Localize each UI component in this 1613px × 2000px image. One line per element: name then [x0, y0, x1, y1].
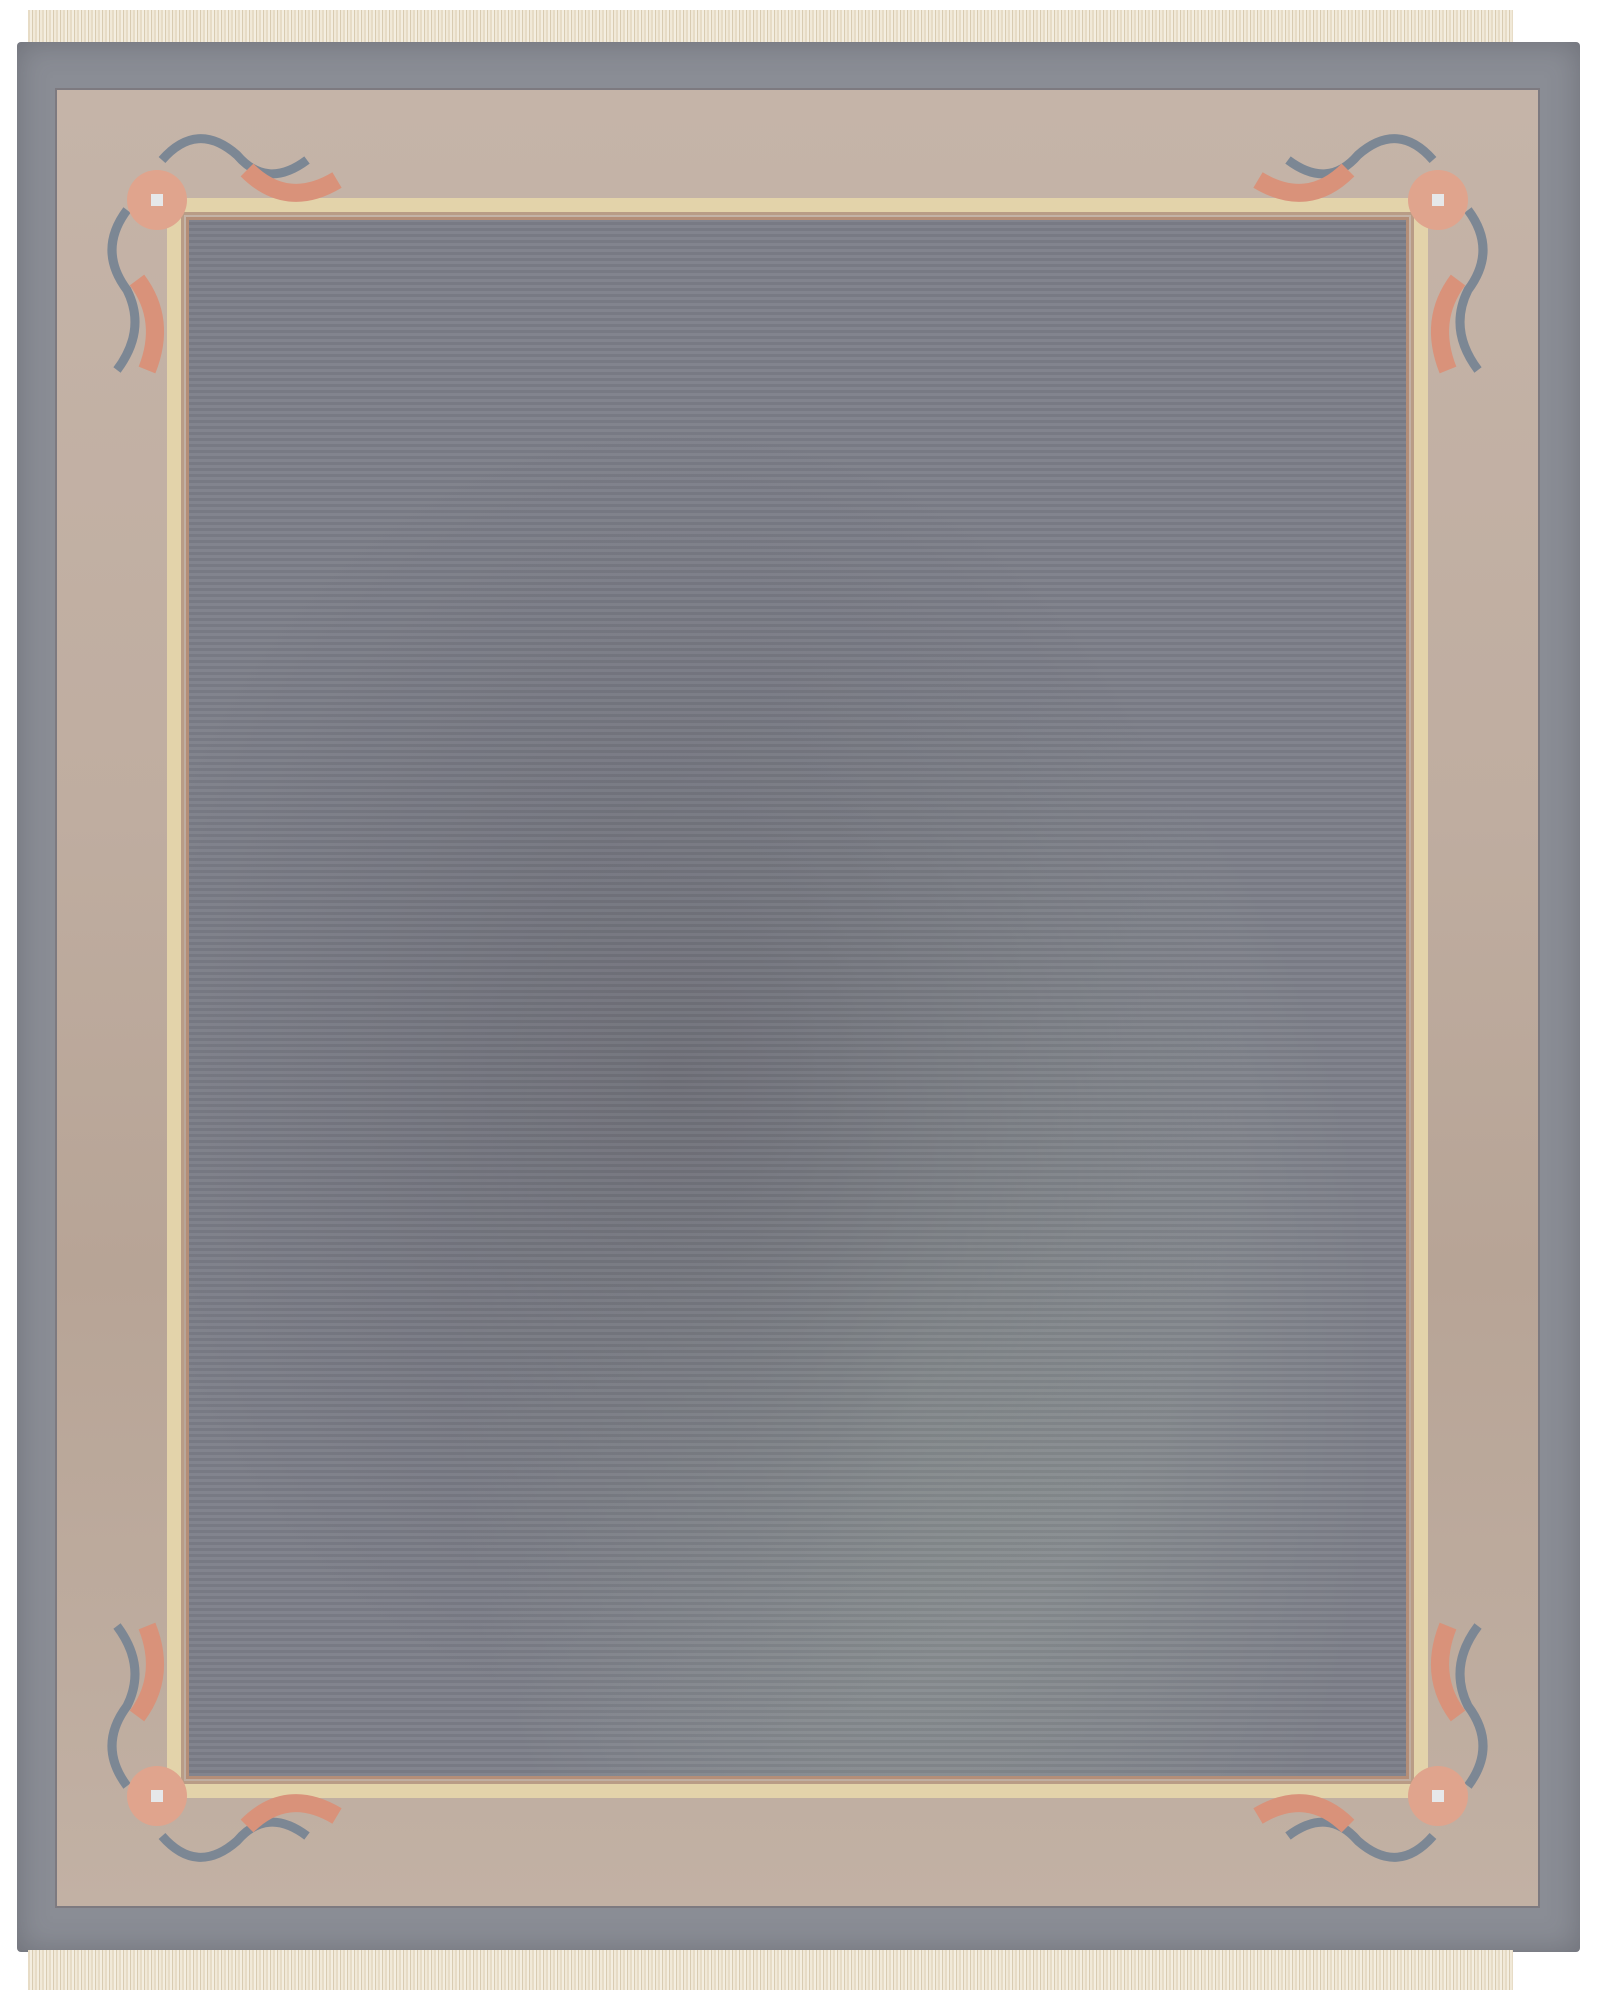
bottom-fringe — [28, 1950, 1513, 1990]
floral-scroll-icon — [1228, 100, 1528, 400]
corner-ornament-top-right — [1228, 100, 1528, 400]
top-fringe — [28, 10, 1513, 44]
rug — [17, 42, 1580, 1952]
floral-scroll-icon — [67, 100, 367, 400]
corner-ornament-bottom-right — [1228, 1596, 1528, 1896]
corner-ornament-top-left — [67, 100, 367, 400]
floral-scroll-icon — [1228, 1596, 1528, 1896]
floral-scroll-icon — [67, 1596, 367, 1896]
rug-border — [55, 88, 1540, 1908]
corner-ornament-bottom-left — [67, 1596, 367, 1896]
rug-field — [186, 217, 1409, 1779]
